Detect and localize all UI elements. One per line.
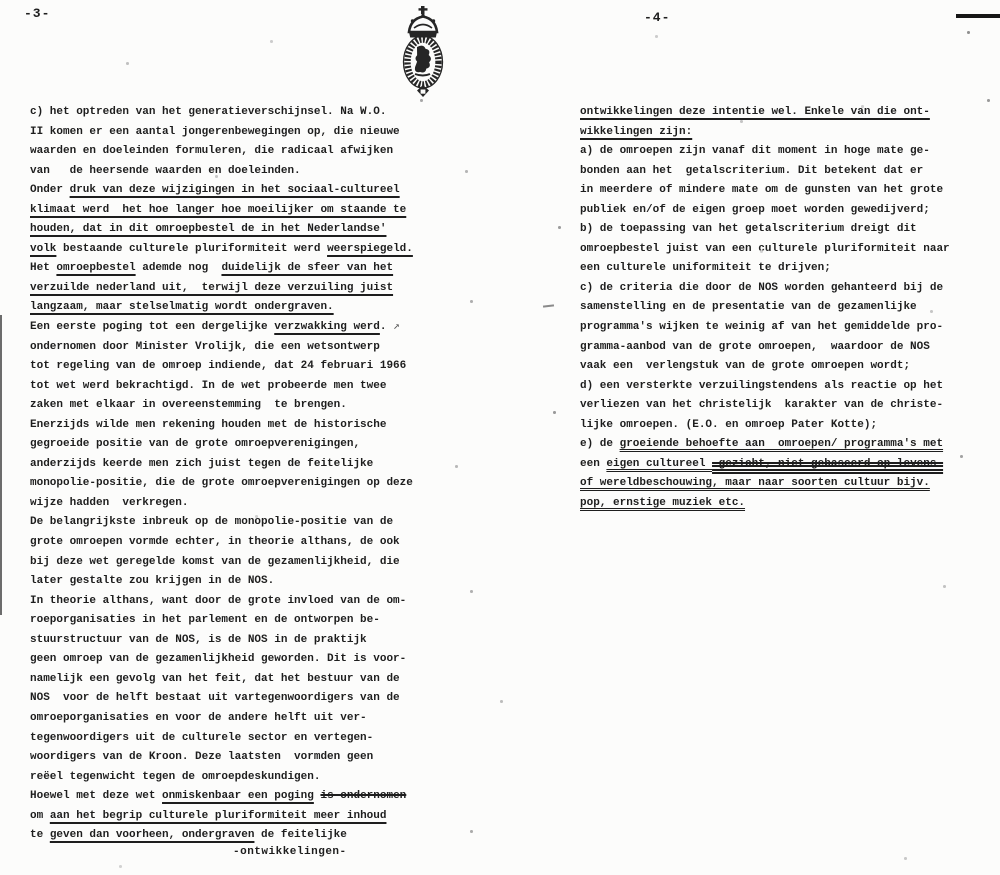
text-segment: later gestalte zou krijgen in de NOS. [30, 575, 274, 587]
pencil-margin-mark [543, 304, 554, 307]
text-segment: bonden aan het getalscriterium. Dit bete… [580, 165, 923, 177]
text-line: De belangrijkste inbreuk op de monopolie… [30, 513, 430, 533]
text-segment: klimaat werd het hoe langer hoe moeilijk… [30, 204, 406, 216]
text-line: d) een versterkte verzuilingstendens als… [580, 377, 980, 397]
text-segment: . [380, 321, 393, 333]
text-segment: bestaande culturele pluriformiteit werd [56, 243, 327, 255]
text-line: Enerzijds wilde men rekening houden met … [30, 416, 430, 436]
text-segment: woordigers van de Kroon. Deze laatsten v… [30, 751, 373, 763]
text-segment: e) de [580, 438, 620, 450]
text-line: In theorie althans, want door de grote i… [30, 592, 430, 612]
scan-artifact-corner-dash [956, 14, 1000, 18]
text-line: of wereldbeschouwing, maar naar soorten … [580, 474, 980, 494]
text-segment: duidelijk de sfeer van het [221, 262, 393, 274]
text-line: Een eerste poging tot een dergelijke ver… [30, 318, 430, 338]
text-line: stuurstructuur van de NOS, is de NOS in … [30, 631, 430, 651]
text-segment: of wereldbeschouwing, maar naar soorten … [580, 477, 930, 489]
text-segment: zaken met elkaar in overeenstemming te b… [30, 399, 347, 411]
text-segment: ont [580, 106, 600, 118]
text-segment: geen omroep van de gezamenlijkheid gewor… [30, 653, 406, 665]
text-segment: programma's wijken te weinig af van het … [580, 321, 943, 333]
text-line: vaak een verlengstuk van de grote omroep… [580, 357, 980, 377]
text-segment: verliezen van het christelijk karakter v… [580, 399, 943, 411]
text-segment: Het [30, 262, 56, 274]
text-segment: wikkelingen zijn: [580, 126, 692, 138]
text-segment: b) de toepassing van het getalscriterium… [580, 223, 917, 235]
text-line: a) de omroepen zijn vanaf dit moment in … [580, 142, 980, 162]
text-line: tot regeling van de omroep indiende, dat… [30, 357, 430, 377]
text-segment: ondernomen door Minister Vrolijk, die ee… [30, 341, 380, 353]
text-segment: druk van deze wijzigingen in het sociaal… [70, 184, 400, 196]
text-segment: c) het optreden van het generatieverschi… [30, 106, 386, 118]
text-line: van de heersende waarden en doeleinden. [30, 162, 430, 182]
text-segment: ademde nog [136, 262, 222, 274]
text-segment: in meerdere of mindere mate om de gunste… [580, 184, 943, 196]
text-segment: monopolie-positie, die de grote omroepve… [30, 477, 413, 489]
text-line: houden, dat in dit omroepbestel de in he… [30, 220, 430, 240]
text-line: pop, ernstige muziek etc. [580, 494, 980, 514]
text-segment: bij deze wet geregelde komst van de geza… [30, 556, 400, 568]
text-line: Onder druk van deze wijzigingen in het s… [30, 181, 430, 201]
text-segment: Een eerste poging tot een dergelijke [30, 321, 274, 333]
text-segment: wikkelingen deze intentie wel. Enkele va… [600, 106, 930, 118]
text-segment: houden, dat in dit omroepbestel de in he… [30, 223, 386, 235]
text-line: tegenwoordigers uit de culturele sector … [30, 729, 430, 749]
text-segment: waarden en doeleinden formuleren, die ra… [30, 145, 393, 157]
text-segment: tot wet werd bekrachtigd. In de wet prob… [30, 380, 386, 392]
text-line: wijze hadden verkregen. [30, 494, 430, 514]
text-segment: a) de omroepen zijn vanaf dit moment in … [580, 145, 930, 157]
text-line: langzaam, maar stelselmatig wordt onderg… [30, 298, 430, 318]
text-segment: een [580, 458, 606, 470]
left-page-text-block: c) het optreden van het generatieverschi… [30, 103, 430, 846]
text-line: wikkelingen zijn: [580, 123, 980, 143]
text-segment: groeiende behoefte aan omroepen/ program… [620, 438, 943, 450]
right-page-text-block: ontwikkelingen deze intentie wel. Enkele… [580, 103, 980, 513]
text-line: ondernomen door Minister Vrolijk, die ee… [30, 338, 430, 358]
text-line: later gestalte zou krijgen in de NOS. [30, 572, 430, 592]
text-line: bonden aan het getalscriterium. Dit bete… [580, 162, 980, 182]
text-segment: verzwakking werd [274, 321, 380, 333]
text-segment: omroepbestel [56, 262, 135, 274]
text-segment: geven dan voorheen, ondergraven [50, 829, 255, 841]
text-segment: anderzijds keerde men zich juist tegen d… [30, 458, 373, 470]
royal-crest-emblem [396, 6, 450, 98]
text-segment: d) een versterkte verzuilingstendens als… [580, 380, 943, 392]
text-segment: In theorie althans, want door de grote i… [30, 595, 406, 607]
scanned-document-page: -3- -4- c) het optreden van het generati… [0, 0, 1000, 875]
text-line: anderzijds keerde men zich juist tegen d… [30, 455, 430, 475]
text-segment: Hoewel met deze wet [30, 790, 162, 802]
text-segment: gegroeide positie van de grote omroepver… [30, 438, 360, 450]
text-segment: namelijk een gevolg van het feit, dat he… [30, 673, 400, 685]
text-segment: omroepbestel juist van een culturele plu… [580, 243, 950, 255]
text-line: samenstelling en de presentatie van de g… [580, 298, 980, 318]
text-line: monopolie-positie, die de grote omroepve… [30, 474, 430, 494]
text-line: b) de toepassing van het getalscriterium… [580, 220, 980, 240]
text-segment: gezicht, niet gebaseerd op levens- [712, 458, 943, 470]
text-line: bij deze wet geregelde komst van de geza… [30, 553, 430, 573]
text-segment: een culturele uniformiteit te drijven; [580, 262, 831, 274]
page-number-left: -3- [24, 6, 50, 21]
text-line: in meerdere of mindere mate om de gunste… [580, 181, 980, 201]
text-line: geen omroep van de gezamenlijkheid gewor… [30, 650, 430, 670]
text-segment: eigen cultureel [606, 458, 712, 470]
text-line: Hoewel met deze wet onmiskenbaar een pog… [30, 787, 430, 807]
text-line: verliezen van het christelijk karakter v… [580, 396, 980, 416]
catchword: -ontwikkelingen- [233, 846, 347, 858]
text-line: te geven dan voorheen, ondergraven de fe… [30, 826, 430, 846]
text-line: om aan het begrip culturele pluriformite… [30, 807, 430, 827]
text-segment: ↗ [393, 321, 400, 333]
text-line: Het omroepbestel ademde nog duidelijk de… [30, 259, 430, 279]
text-segment: c) de criteria die door de NOS worden ge… [580, 282, 943, 294]
text-segment: onmiskenbaar een poging [162, 790, 314, 802]
text-segment: reëel tegenwicht tegen de omroepdeskundi… [30, 771, 320, 783]
text-segment: langzaam, maar stelselmatig wordt onderg… [30, 301, 334, 313]
page-number-right: -4- [644, 10, 670, 25]
text-segment: wijze hadden verkregen. [30, 497, 188, 509]
text-line: gramma-aanbod van de grote omroepen, waa… [580, 338, 980, 358]
text-line: volk bestaande culturele pluriformiteit … [30, 240, 430, 260]
text-segment: omroeporganisaties en voor de andere hel… [30, 712, 367, 724]
text-line: II komen er een aantal jongerenbeweginge… [30, 123, 430, 143]
text-segment: pop, ernstige muziek etc. [580, 497, 745, 509]
text-line: een culturele uniformiteit te drijven; [580, 259, 980, 279]
text-segment: vaak een verlengstuk van de grote omroep… [580, 360, 910, 372]
text-segment: weerspiegeld. [327, 243, 413, 255]
text-line: klimaat werd het hoe langer hoe moeilijk… [30, 201, 430, 221]
text-segment: tot regeling van de omroep indiende, dat… [30, 360, 406, 372]
text-segment: volk [30, 243, 56, 255]
text-line: namelijk een gevolg van het feit, dat he… [30, 670, 430, 690]
text-segment: om [30, 810, 50, 822]
text-segment: roeporganisaties in het parlement en de … [30, 614, 380, 626]
text-line: tot wet werd bekrachtigd. In de wet prob… [30, 377, 430, 397]
text-segment: Enerzijds wilde men rekening houden met … [30, 419, 386, 431]
text-segment: aan het begrip culturele pluriformiteit … [50, 810, 387, 822]
text-line: woordigers van de Kroon. Deze laatsten v… [30, 748, 430, 768]
text-line: c) het optreden van het generatieverschi… [30, 103, 430, 123]
text-segment: van de heersende waarden en doeleinden. [30, 165, 301, 177]
text-line: programma's wijken te weinig af van het … [580, 318, 980, 338]
text-line: ontwikkelingen deze intentie wel. Enkele… [580, 103, 980, 123]
text-line: grote omroepen vormde echter, in theorie… [30, 533, 430, 553]
text-line: waarden en doeleinden formuleren, die ra… [30, 142, 430, 162]
text-line: c) de criteria die door de NOS worden ge… [580, 279, 980, 299]
scan-artifact-edge-line [0, 315, 2, 615]
text-segment: Onder [30, 184, 70, 196]
text-segment: tegenwoordigers uit de culturele sector … [30, 732, 373, 744]
text-segment: De belangrijkste inbreuk op de monopolie… [30, 516, 393, 528]
text-segment: NOS voor de helft bestaat uit vartegenwo… [30, 692, 400, 704]
text-line: een eigen cultureel gezicht, niet gebase… [580, 455, 980, 475]
text-line: omroepbestel juist van een culturele plu… [580, 240, 980, 260]
text-line: reëel tegenwicht tegen de omroepdeskundi… [30, 768, 430, 788]
text-segment: te [30, 829, 50, 841]
text-segment: lijke omroepen. (E.O. en omroep Pater Ko… [580, 419, 877, 431]
text-line: NOS voor de helft bestaat uit vartegenwo… [30, 689, 430, 709]
text-segment: grote omroepen vormde echter, in theorie… [30, 536, 400, 548]
text-line: e) de groeiende behoefte aan omroepen/ p… [580, 435, 980, 455]
text-segment: II komen er een aantal jongerenbeweginge… [30, 126, 400, 138]
text-line: roeporganisaties in het parlement en de … [30, 611, 430, 631]
text-segment: samenstelling en de presentatie van de g… [580, 301, 917, 313]
text-segment: publiek en/of de eigen groep moet worden… [580, 204, 930, 216]
scan-noise-specks [0, 0, 1, 1]
text-segment: gramma-aanbod van de grote omroepen, waa… [580, 341, 930, 353]
text-line: lijke omroepen. (E.O. en omroep Pater Ko… [580, 416, 980, 436]
text-line: publiek en/of de eigen groep moet worden… [580, 201, 980, 221]
text-line: verzuilde nederland uit, terwijl deze ve… [30, 279, 430, 299]
text-segment: stuurstructuur van de NOS, is de NOS in … [30, 634, 367, 646]
text-segment: is ondernomen [320, 790, 406, 802]
text-segment: verzuilde nederland uit, terwijl deze ve… [30, 282, 393, 294]
text-line: omroeporganisaties en voor de andere hel… [30, 709, 430, 729]
text-line: zaken met elkaar in overeenstemming te b… [30, 396, 430, 416]
text-segment: de feitelijke [254, 829, 346, 841]
text-line: gegroeide positie van de grote omroepver… [30, 435, 430, 455]
